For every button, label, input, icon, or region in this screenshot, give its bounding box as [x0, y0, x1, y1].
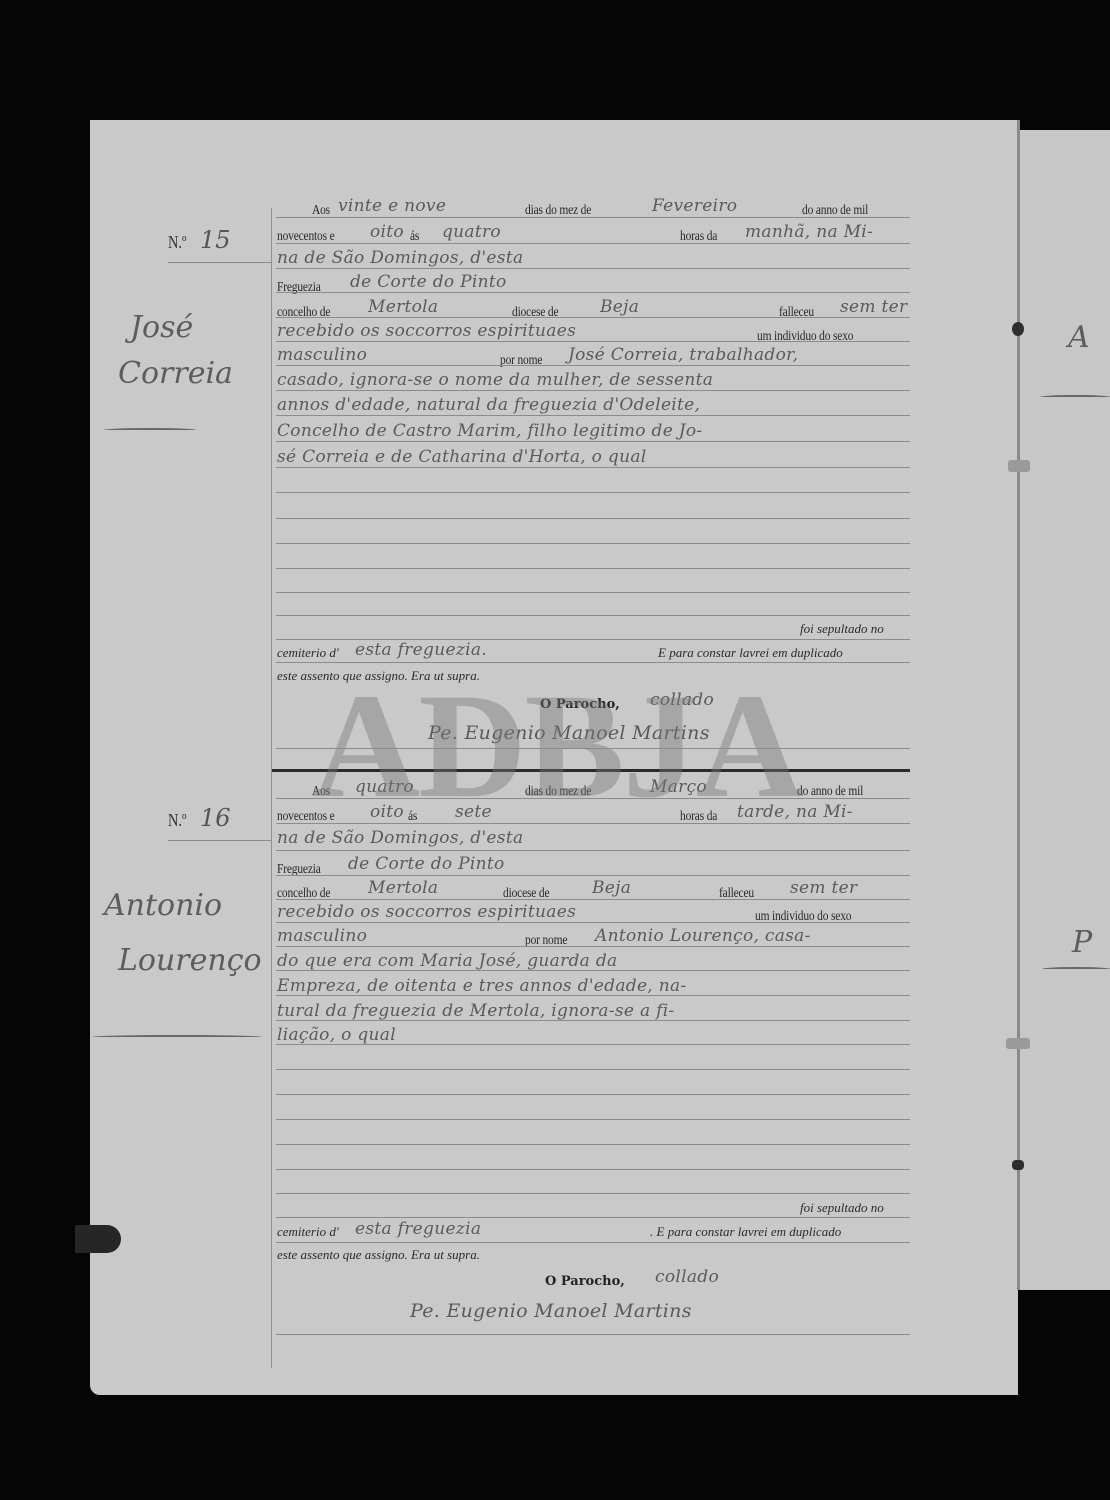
form-rule — [276, 243, 910, 244]
handwritten-year: oito — [370, 222, 404, 242]
handwritten-text: casado, ignora-se o nome da mulher, de s… — [277, 370, 713, 390]
form-rule — [276, 798, 910, 799]
printed-text: horas da — [680, 808, 717, 824]
next-page-fragment: A — [1068, 320, 1090, 355]
binding-strap-icon — [75, 1225, 121, 1253]
number-rule — [168, 840, 271, 841]
handwritten-text: Concelho de Castro Marim, filho legitimo… — [277, 421, 702, 441]
printed-text: Aos — [312, 202, 330, 218]
handwritten-text: sé Correia e de Catharina d'Horta, o qua… — [277, 447, 647, 467]
next-page-fragment: P — [1072, 925, 1092, 960]
margin-name-last: Lourenço — [118, 943, 262, 978]
printed-text: este assento que assigno. Era ut supra. — [277, 1247, 480, 1263]
handwritten-title: collado — [655, 1267, 719, 1287]
form-rule — [276, 1217, 910, 1218]
printed-text: horas da — [680, 228, 717, 244]
printed-text: foi sepultado no — [800, 621, 884, 637]
handwritten-deceased-name: Antonio Lourenço, casa- — [595, 926, 811, 946]
form-rule — [276, 875, 910, 876]
form-rule — [276, 217, 910, 218]
form-rule — [276, 970, 910, 971]
margin-squiggle — [104, 428, 196, 432]
printed-text: dias do mez de — [525, 202, 591, 218]
printed-text: novecentos e — [277, 808, 335, 824]
handwritten-text: Empreza, de oitenta e tres annos d'edade… — [277, 976, 686, 996]
printed-text: foi sepultado no — [800, 1200, 884, 1216]
handwritten-deceased-name: José Correia, trabalhador, — [568, 345, 798, 365]
entry-number-label: N.º — [168, 810, 186, 831]
printed-text: este assento que assigno. Era ut supra. — [277, 668, 480, 684]
form-rule — [276, 592, 910, 593]
form-rule — [276, 639, 910, 640]
printed-text: ás — [408, 808, 417, 824]
form-rule — [276, 1020, 910, 1021]
handwritten-hour: quatro — [442, 222, 501, 242]
next-page-squiggle — [1042, 967, 1110, 971]
priest-signature: Pe. Eugenio Manoel Martins — [410, 1300, 692, 1322]
form-rule — [276, 390, 910, 391]
margin-name-first: José — [130, 310, 193, 345]
form-rule — [276, 268, 910, 269]
handwritten-text: na de São Domingos, d'esta — [277, 828, 523, 848]
binding-clip-icon — [1006, 1038, 1030, 1049]
form-rule — [276, 823, 910, 824]
handwritten-month: Fevereiro — [652, 196, 737, 216]
number-rule — [168, 262, 271, 263]
handwritten-text: manhã, na Mi- — [745, 222, 873, 242]
printed-text: do anno de mil — [802, 202, 868, 218]
handwritten-sex: masculino — [277, 345, 367, 365]
printed-text: Aos — [312, 783, 330, 799]
handwritten-sex: masculino — [277, 926, 367, 946]
handwritten-parish: de Corte do Pinto — [350, 272, 507, 292]
form-rule — [276, 568, 910, 569]
handwritten-text: do que era com Maria José, guarda da — [277, 951, 617, 971]
handwritten-text: tarde, na Mi- — [737, 802, 853, 822]
handwritten-municipality: Mertola — [368, 297, 438, 317]
printed-text: do anno de mil — [797, 783, 863, 799]
binding-hole-icon — [1012, 322, 1024, 336]
form-rule — [276, 317, 910, 318]
form-rule — [276, 1044, 910, 1045]
handwritten-cemetery: esta freguezia — [355, 1219, 481, 1239]
handwritten-day: quatro — [355, 777, 414, 797]
handwritten-text: na de São Domingos, d'esta — [277, 248, 523, 268]
form-rule — [276, 365, 910, 366]
next-page-edge — [1020, 130, 1110, 1290]
form-rule — [276, 946, 910, 947]
form-rule — [276, 543, 910, 544]
form-rule — [276, 415, 910, 416]
entry-number: 16 — [200, 804, 231, 832]
parish-priest-title: O Parocho, — [540, 697, 620, 712]
next-page-squiggle — [1040, 395, 1110, 399]
handwritten-text: annos d'edade, natural da freguezia d'Od… — [277, 395, 700, 415]
form-rule — [276, 492, 910, 493]
form-rule — [276, 467, 910, 468]
form-rule — [276, 662, 910, 663]
entry-number: 15 — [200, 226, 231, 254]
priest-signature: Pe. Eugenio Manoel Martins — [428, 722, 710, 744]
margin-name-last: Correia — [118, 356, 233, 391]
form-rule — [276, 1094, 910, 1095]
handwritten-text: tural da freguezia de Mertola, ignora-se… — [277, 1001, 675, 1021]
form-rule — [276, 1069, 910, 1070]
printed-text: ás — [410, 228, 419, 244]
entry-divider — [272, 769, 910, 772]
handwritten-diocese: Beja — [592, 878, 631, 898]
margin-rule — [271, 208, 272, 1368]
handwritten-text: sem ter — [840, 297, 907, 317]
handwritten-cemetery: esta freguezia. — [355, 640, 487, 660]
handwritten-day: vinte e nove — [338, 196, 446, 216]
handwritten-year: oito — [370, 802, 404, 822]
form-rule — [276, 899, 910, 900]
printed-text: E para constar lavrei em duplicado — [658, 645, 843, 661]
page-gutter — [1017, 120, 1020, 1290]
printed-text: dias do mez de — [525, 783, 591, 799]
printed-text: novecentos e — [277, 228, 335, 244]
form-rule — [276, 748, 910, 749]
form-rule — [276, 1144, 910, 1145]
form-rule — [276, 1169, 910, 1170]
form-rule — [276, 850, 910, 851]
form-rule — [276, 1193, 910, 1194]
form-rule — [276, 995, 910, 996]
form-rule — [276, 615, 910, 616]
printed-text: . E para constar lavrei em duplicado — [650, 1224, 841, 1240]
margin-squiggle — [92, 1035, 262, 1039]
handwritten-text: recebido os soccorros espirituaes — [277, 321, 576, 341]
binding-clip-icon — [1008, 460, 1030, 472]
form-rule — [276, 518, 910, 519]
form-rule — [276, 1242, 910, 1243]
form-rule — [276, 1334, 910, 1335]
printed-text: cemiterio d' — [277, 1224, 339, 1240]
handwritten-hour: sete — [455, 802, 492, 822]
handwritten-diocese: Beja — [600, 297, 639, 317]
form-rule — [276, 441, 910, 442]
handwritten-text: liação, o qual — [277, 1025, 396, 1045]
margin-name-first: Antonio — [104, 888, 222, 923]
printed-text: cemiterio d' — [277, 645, 339, 661]
form-rule — [276, 1119, 910, 1120]
binding-clip-icon — [1012, 1160, 1024, 1170]
handwritten-text: sem ter — [790, 878, 857, 898]
form-rule — [276, 341, 910, 342]
entry-number-label: N.º — [168, 232, 186, 253]
form-rule — [276, 292, 910, 293]
handwritten-municipality: Mertola — [368, 878, 438, 898]
parish-priest-title: O Parocho, — [545, 1274, 625, 1289]
handwritten-title: collado — [650, 690, 714, 710]
handwritten-parish: de Corte do Pinto — [348, 854, 505, 874]
form-rule — [276, 922, 910, 923]
handwritten-month: Março — [650, 777, 707, 797]
handwritten-text: recebido os soccorros espirituaes — [277, 902, 576, 922]
